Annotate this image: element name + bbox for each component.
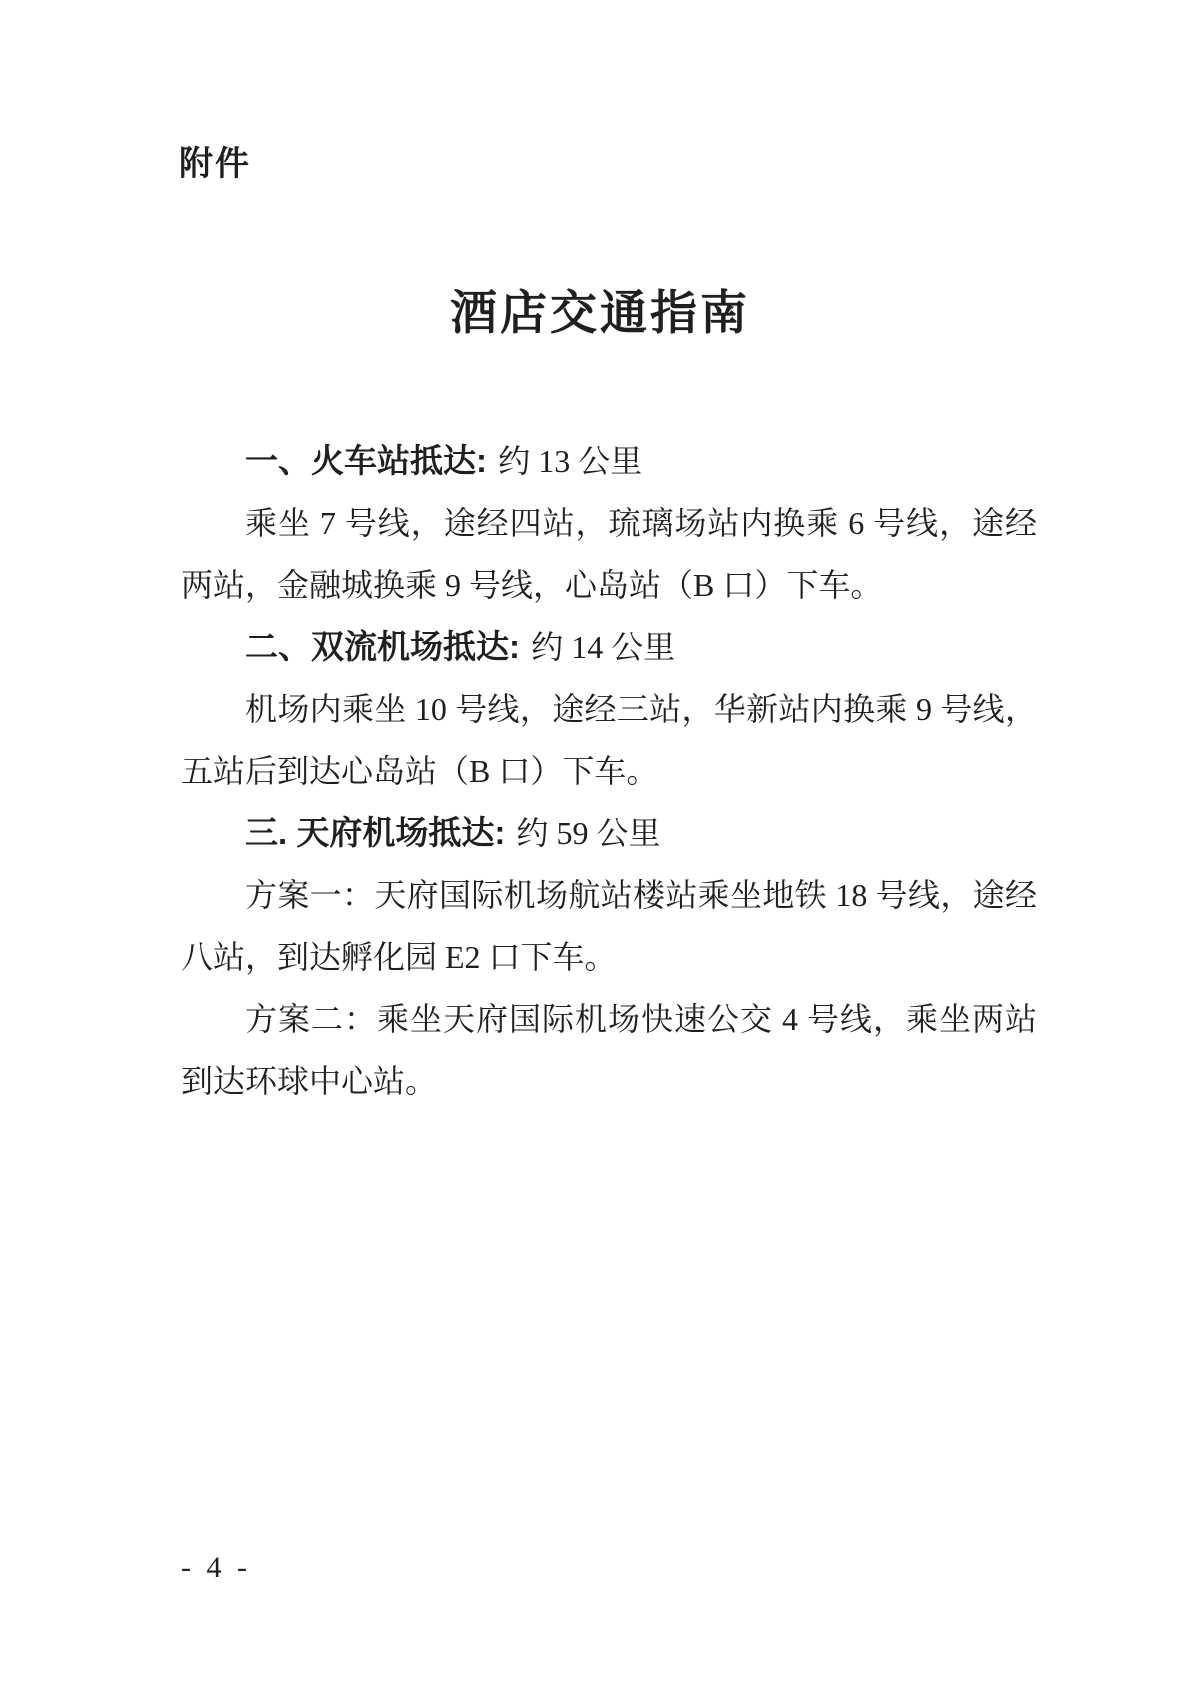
section-3-heading-label: 三. 天府机场抵达:: [245, 814, 505, 851]
section-3-paragraph-option-1: 方案一：天府国际机场航站楼站乘坐地铁 18 号线，途经八站，到达孵化园 E2 口…: [181, 864, 1037, 988]
attachment-label: 附件: [179, 140, 251, 188]
section-3-heading: 三. 天府机场抵达:约 59 公里: [181, 802, 1037, 864]
footer-page-number: - 4 -: [181, 1548, 251, 1588]
page-title: 酒店交通指南: [0, 278, 1200, 350]
document-body: 一、火车站抵达:约 13 公里 乘坐 7 号线，途经四站，琉璃场站内换乘 6 号…: [181, 430, 1037, 1112]
section-1-heading-label: 一、火车站抵达:: [245, 442, 487, 479]
section-2-distance: 约 14 公里: [531, 629, 675, 665]
section-3-distance: 约 59 公里: [517, 815, 661, 851]
section-2-heading-label: 二、双流机场抵达:: [245, 628, 520, 665]
section-1-distance: 约 13 公里: [498, 443, 642, 479]
section-1-paragraph: 乘坐 7 号线，途经四站，琉璃场站内换乘 6 号线，途经两站，金融城换乘 9 号…: [181, 492, 1037, 616]
document-page: 附件 酒店交通指南 一、火车站抵达:约 13 公里 乘坐 7 号线，途经四站，琉…: [0, 0, 1200, 1697]
section-2-heading: 二、双流机场抵达:约 14 公里: [181, 616, 1037, 678]
section-2-paragraph: 机场内乘坐 10 号线，途经三站，华新站内换乘 9 号线，五站后到达心岛站（B …: [181, 678, 1037, 802]
section-3-paragraph-option-2: 方案二：乘坐天府国际机场快速公交 4 号线，乘坐两站到达环球中心站。: [181, 988, 1037, 1112]
section-1-heading: 一、火车站抵达:约 13 公里: [181, 430, 1037, 492]
